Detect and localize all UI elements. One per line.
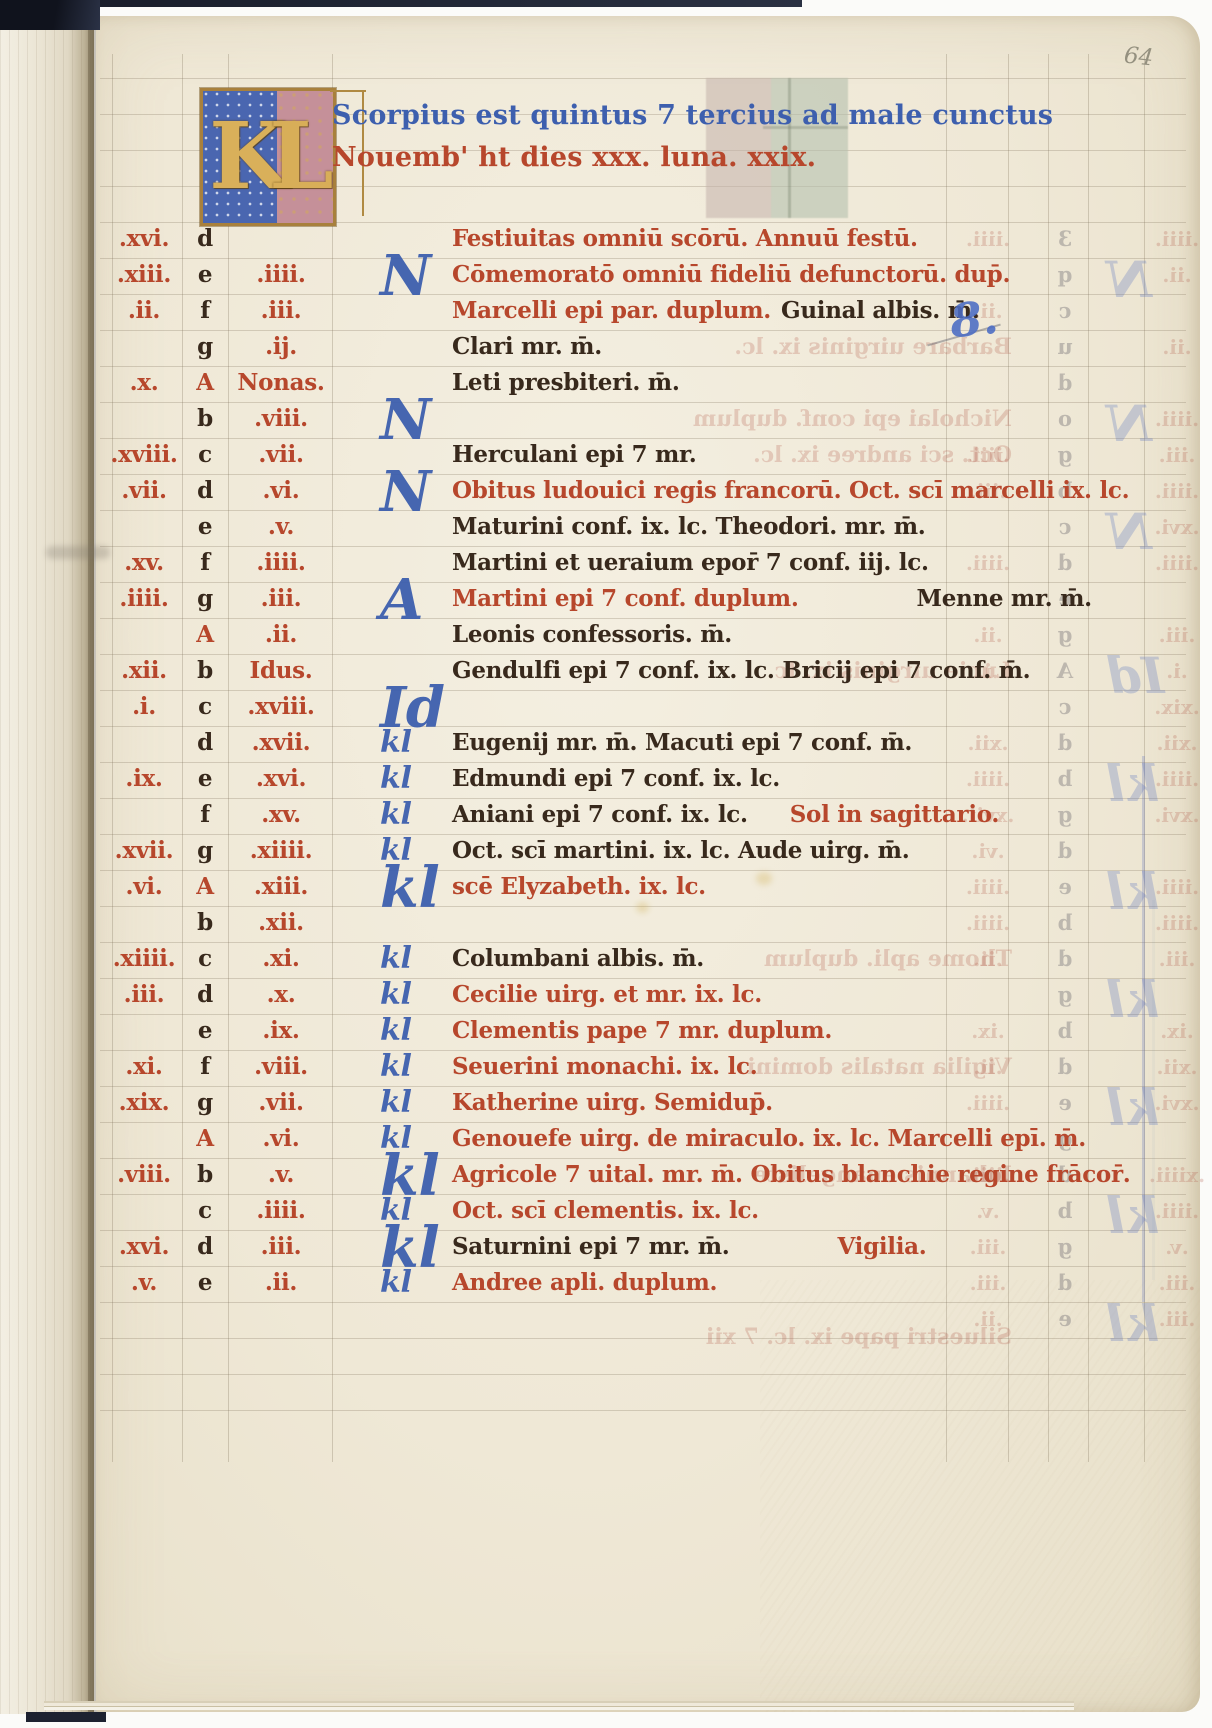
golden-number: .viii. (106, 1158, 182, 1194)
quire-mark: 8. (947, 290, 1000, 349)
zodiac-verse: Scorpius est quintus 7 tercius ad male c… (332, 100, 1053, 131)
golden-number: .xix. (106, 1086, 182, 1122)
feast-text: Gendulfi epi 7 conf. ix. lc. Bricij epi … (452, 654, 1030, 688)
calendar-row: A.ii.Leonis confessoris. m̄. (0, 618, 1212, 654)
calendar-row: .vii.d.vi.NObitus ludouici regis francor… (0, 474, 1212, 510)
feast-entry: Columbani albis. m̄. (452, 942, 704, 978)
golden-number (106, 330, 182, 366)
feast-entry: Gendulfi epi 7 conf. ix. lc. Bricij epi … (452, 654, 1030, 690)
calendar-row: .xviii.c.vii.Herculani epi 7 mr. (0, 438, 1212, 474)
penwork-initial: Id (380, 682, 450, 718)
calendar-row: b.viii.N (0, 402, 1212, 438)
feast-entry: Martini et ueraium epor̄ 7 conf. iij. lc… (452, 546, 929, 582)
feast-entry: Herculani epi 7 mr. (452, 438, 696, 474)
dominical-letter: d (184, 222, 226, 258)
feast-text: scē Elyzabeth. ix. lc. (452, 870, 706, 904)
golden-number (106, 906, 182, 942)
roman-date: .vii. (228, 1086, 334, 1122)
roman-date: .xiii. (228, 870, 334, 906)
feast-text: Menne mr. m̄. (917, 582, 1092, 616)
golden-number (106, 402, 182, 438)
roman-date: .v. (228, 1158, 334, 1194)
feast-entry: Martini epi 7 conf. duplum.Menne mr. m̄. (452, 582, 1092, 618)
roman-date: .vii. (228, 438, 334, 474)
feast-text: Agricole 7 uital. mr. m̄. Obitus blanchi… (452, 1158, 1131, 1192)
roman-date: .iii. (228, 582, 334, 618)
roman-date: .ii. (228, 1266, 334, 1302)
roman-date: .xviii. (228, 690, 334, 726)
feast-entry: Oct. scī clementis. ix. lc. (452, 1194, 759, 1230)
roman-date: .xiiii. (228, 834, 334, 870)
feast-entry: Maturini conf. ix. lc. Theodori. mr. m̄. (452, 510, 926, 546)
calendar-row: .xii.bIdus.Gendulfi epi 7 conf. ix. lc. … (0, 654, 1212, 690)
golden-number (106, 1014, 182, 1050)
dominical-letter: f (184, 798, 226, 834)
dominical-letter: e (184, 1266, 226, 1302)
feast-text: Martini epi 7 conf. duplum. (452, 582, 799, 616)
feast-text: Cecilie uirg. et mr. ix. lc. (452, 978, 762, 1012)
golden-number (106, 1122, 182, 1158)
roman-date: .ij. (228, 330, 334, 366)
calendar-row: .iiii.g.iii.AMartini epi 7 conf. duplum.… (0, 582, 1212, 618)
dominical-letter: g (184, 1086, 226, 1122)
feast-entry: Cōmemoratō omniū fideliū defunctorū. dup… (452, 258, 1010, 294)
penwork-initial: kl (380, 762, 450, 798)
roman-date: .xv. (228, 798, 334, 834)
feast-text: Marcelli epi par. duplum. (452, 294, 771, 328)
feast-text: Katherine uirg. Semidup̄. (452, 1086, 773, 1120)
roman-date: .vi. (228, 1122, 334, 1158)
roman-date: .vi. (228, 474, 334, 510)
feast-entry: Eugenij mr. m̄. Macuti epi 7 conf. m̄. (452, 726, 912, 762)
dominical-letter: c (184, 942, 226, 978)
feast-entry: Leti presbiteri. m̄. (452, 366, 680, 402)
feast-entry: Cecilie uirg. et mr. ix. lc. (452, 978, 762, 1014)
calendar-row: .xvi.dFestiuitas omniū scōrū. Annuū fest… (0, 222, 1212, 258)
golden-number (106, 510, 182, 546)
feast-text: Aniani epi 7 conf. ix. lc. (452, 798, 748, 832)
calendar-row: .ix.e.xvi.klEdmundi epi 7 conf. ix. lc. (0, 762, 1212, 798)
golden-number: .xviii. (106, 438, 182, 474)
penwork-initial: N (380, 466, 450, 502)
feast-entry: Oct. scī martini. ix. lc. Aude uirg. m̄. (452, 834, 909, 870)
dominical-letter: c (184, 438, 226, 474)
feast-text: Saturnini epi 7 mr. m̄. (452, 1230, 729, 1264)
dominical-letter: e (184, 510, 226, 546)
calendar-row: .iii.d.x.klCecilie uirg. et mr. ix. lc. (0, 978, 1212, 1014)
calendar-row: .xix.g.vii.klKatherine uirg. Semidup̄. (0, 1086, 1212, 1122)
golden-number: .x. (106, 366, 182, 402)
dominical-letter: d (184, 978, 226, 1014)
feast-entry: Festiuitas omniū scōrū. Annuū festū. (452, 222, 918, 258)
feast-text: Clari mr. m̄. (452, 330, 602, 364)
roman-date: .ii. (228, 618, 334, 654)
golden-number: .xi. (106, 1050, 182, 1086)
roman-date: .viii. (228, 1050, 334, 1086)
golden-number: .ix. (106, 762, 182, 798)
penwork-initial: kl (380, 798, 450, 834)
dominical-letter: f (184, 1050, 226, 1086)
dominical-letter: b (184, 906, 226, 942)
feast-text: Eugenij mr. m̄. Macuti epi 7 conf. m̄. (452, 726, 912, 760)
feast-entry: Leonis confessoris. m̄. (452, 618, 732, 654)
roman-date: .xi. (228, 942, 334, 978)
calendar-row: f.xv.klAniani epi 7 conf. ix. lc.Sol in … (0, 798, 1212, 834)
dominical-letter: c (184, 1194, 226, 1230)
penwork-initial: kl (380, 978, 450, 1014)
feast-entry: Marcelli epi par. duplum.Guinal albis. m… (452, 294, 979, 330)
calendar-row: e.v.Maturini conf. ix. lc. Theodori. mr.… (0, 510, 1212, 546)
calendar-row: .x.ANonas.Leti presbiteri. m̄. (0, 366, 1212, 402)
dominical-letter: f (184, 546, 226, 582)
golden-number (106, 798, 182, 834)
golden-number: .xvi. (106, 1230, 182, 1266)
kl-initial-gold-tail (330, 90, 366, 92)
penwork-initial: kl (380, 1014, 450, 1050)
feast-entry: Agricole 7 uital. mr. m̄. Obitus blanchi… (452, 1158, 1131, 1194)
calendar-row: b.xii. (0, 906, 1212, 942)
roman-date: Idus. (228, 654, 334, 690)
calendar-row: A.vi.klGenouefe uirg. de miraculo. ix. l… (0, 1122, 1212, 1158)
roman-date: .ix. (228, 1014, 334, 1050)
feast-entry: Andree apli. duplum. (452, 1266, 717, 1302)
feast-text: Seuerini monachi. ix. lc. (452, 1050, 757, 1084)
penwork-initial: kl (380, 1050, 450, 1086)
roman-date: .iii. (228, 294, 334, 330)
feast-entry: Saturnini epi 7 mr. m̄.Vigilia. (452, 1230, 926, 1266)
feast-text: Leonis confessoris. m̄. (452, 618, 732, 652)
penwork-initial: kl (380, 862, 450, 898)
calendar-row: .xv.f.iiii.Martini et ueraium epor̄ 7 co… (0, 546, 1212, 582)
dominical-letter: A (184, 870, 226, 906)
calendar-row: .ii.f.iii.Marcelli epi par. duplum.Guina… (0, 294, 1212, 330)
feast-entry: scē Elyzabeth. ix. lc. (452, 870, 706, 906)
calendar-row: .xi.f.viii.klSeuerini monachi. ix. lc. (0, 1050, 1212, 1086)
feast-text: Genouefe uirg. de miraculo. ix. lc. Marc… (452, 1122, 1086, 1156)
golden-number (106, 618, 182, 654)
feast-entry: Genouefe uirg. de miraculo. ix. lc. Marc… (452, 1122, 1086, 1158)
golden-number: .vi. (106, 870, 182, 906)
feast-text: Vigilia. (837, 1230, 926, 1264)
roman-date: .v. (228, 510, 334, 546)
feast-text: Festiuitas omniū scōrū. Annuū festū. (452, 222, 918, 256)
month-heading: Nouemb' ht dies xxx. luna. xxix. (332, 142, 816, 173)
feast-text: Herculani epi 7 mr. (452, 438, 696, 472)
folio-number-pencil: 64 (1123, 43, 1155, 72)
feast-text: Oct. scī martini. ix. lc. Aude uirg. m̄. (452, 834, 909, 868)
golden-number: .xv. (106, 546, 182, 582)
golden-number: .xii. (106, 654, 182, 690)
roman-date (228, 222, 334, 258)
calendar-row: .xvii.g.xiiii.klOct. scī martini. ix. lc… (0, 834, 1212, 870)
manuscript-photo: Barbare uirginis ix. lc.Nicholai epi con… (0, 0, 1212, 1728)
feast-entry: Clari mr. m̄. (452, 330, 602, 366)
golden-number (106, 1194, 182, 1230)
calendar-row: .xvi.d.iii.klSaturnini epi 7 mr. m̄.Vigi… (0, 1230, 1212, 1266)
penwork-initial: kl (380, 1086, 450, 1122)
penwork-initial: kl (380, 1222, 450, 1258)
roman-date: .x. (228, 978, 334, 1014)
kl-initial-letter-l: L (269, 97, 334, 215)
golden-number: .xvi. (106, 222, 182, 258)
penwork-initial: A (380, 574, 450, 610)
golden-number: .xvii. (106, 834, 182, 870)
dominical-letter: A (184, 366, 226, 402)
golden-number: .v. (106, 1266, 182, 1302)
roman-date: .iii. (228, 1230, 334, 1266)
golden-number: .iiii. (106, 582, 182, 618)
dominical-letter: b (184, 654, 226, 690)
golden-number (106, 726, 182, 762)
calendar-row: .v.e.ii.klAndree apli. duplum. (0, 1266, 1212, 1302)
dominical-letter: e (184, 1014, 226, 1050)
feast-text: Obitus ludouici regis francorū. Oct. scī… (452, 474, 1129, 508)
dominical-letter: b (184, 402, 226, 438)
illuminated-kl-initial: K L (200, 88, 336, 226)
dominical-letter: A (184, 1122, 226, 1158)
calendar-row: c.iiii.klOct. scī clementis. ix. lc. (0, 1194, 1212, 1230)
dominical-letter: g (184, 330, 226, 366)
calendar-row: .vi.A.xiii.klscē Elyzabeth. ix. lc. (0, 870, 1212, 906)
feast-text: Clementis pape 7 mr. duplum. (452, 1014, 832, 1048)
golden-number: .ii. (106, 294, 182, 330)
calendar-table: .xvi.dFestiuitas omniū scōrū. Annuū fest… (0, 0, 1212, 1728)
dominical-letter: d (184, 474, 226, 510)
feast-entry: Seuerini monachi. ix. lc. (452, 1050, 757, 1086)
golden-number: .iii. (106, 978, 182, 1014)
dominical-letter: b (184, 1158, 226, 1194)
roman-date: .viii. (228, 402, 334, 438)
roman-date: .iiii. (228, 258, 334, 294)
penwork-initial: N (380, 394, 450, 430)
calendar-row: g.ij.Clari mr. m̄. (0, 330, 1212, 366)
penwork-initial: kl (380, 942, 450, 978)
penwork-initial: kl (380, 1150, 450, 1186)
feast-text: Oct. scī clementis. ix. lc. (452, 1194, 759, 1228)
feast-text: Cōmemoratō omniū fideliū defunctorū. dup… (452, 258, 1010, 292)
calendar-row: .i.c.xviii.Id (0, 690, 1212, 726)
roman-date: .xii. (228, 906, 334, 942)
dominical-letter: e (184, 762, 226, 798)
feast-entry: Edmundi epi 7 conf. ix. lc. (452, 762, 780, 798)
roman-date: .iiii. (228, 1194, 334, 1230)
dominical-letter: c (184, 690, 226, 726)
dominical-letter: d (184, 1230, 226, 1266)
feast-text: Columbani albis. m̄. (452, 942, 704, 976)
calendar-row: d.xvii.klEugenij mr. m̄. Macuti epi 7 co… (0, 726, 1212, 762)
dominical-letter: g (184, 834, 226, 870)
roman-date: Nonas. (228, 366, 334, 402)
feast-entry: Clementis pape 7 mr. duplum. (452, 1014, 832, 1050)
penwork-initial: N (380, 250, 450, 286)
golden-number: .vii. (106, 474, 182, 510)
feast-text: Andree apli. duplum. (452, 1266, 717, 1300)
feast-text: Maturini conf. ix. lc. Theodori. mr. m̄. (452, 510, 926, 544)
feast-text: Edmundi epi 7 conf. ix. lc. (452, 762, 780, 796)
calendar-row: .viii.b.v.klAgricole 7 uital. mr. m̄. Ob… (0, 1158, 1212, 1194)
roman-date: .xvi. (228, 762, 334, 798)
golden-number: .xiii. (106, 258, 182, 294)
feast-text: Leti presbiteri. m̄. (452, 366, 680, 400)
feast-entry: Obitus ludouici regis francorū. Oct. scī… (452, 474, 1129, 510)
golden-number: .xiiii. (106, 942, 182, 978)
golden-number: .i. (106, 690, 182, 726)
calendar-row: e.ix.klClementis pape 7 mr. duplum. (0, 1014, 1212, 1050)
dominical-letter: e (184, 258, 226, 294)
dominical-letter: A (184, 618, 226, 654)
dominical-letter: g (184, 582, 226, 618)
feast-text: Martini et ueraium epor̄ 7 conf. iij. lc… (452, 546, 929, 580)
calendar-row: .xiiii.c.xi.klColumbani albis. m̄. (0, 942, 1212, 978)
feast-entry: Katherine uirg. Semidup̄. (452, 1086, 773, 1122)
roman-date: .iiii. (228, 546, 334, 582)
calendar-row: .xiii.e.iiii.NCōmemoratō omniū fideliū d… (0, 258, 1212, 294)
dominical-letter: d (184, 726, 226, 762)
roman-date: .xvii. (228, 726, 334, 762)
feast-entry: Aniani epi 7 conf. ix. lc.Sol in sagitta… (452, 798, 999, 834)
feast-text: Sol in sagittario. (790, 798, 999, 832)
dominical-letter: f (184, 294, 226, 330)
